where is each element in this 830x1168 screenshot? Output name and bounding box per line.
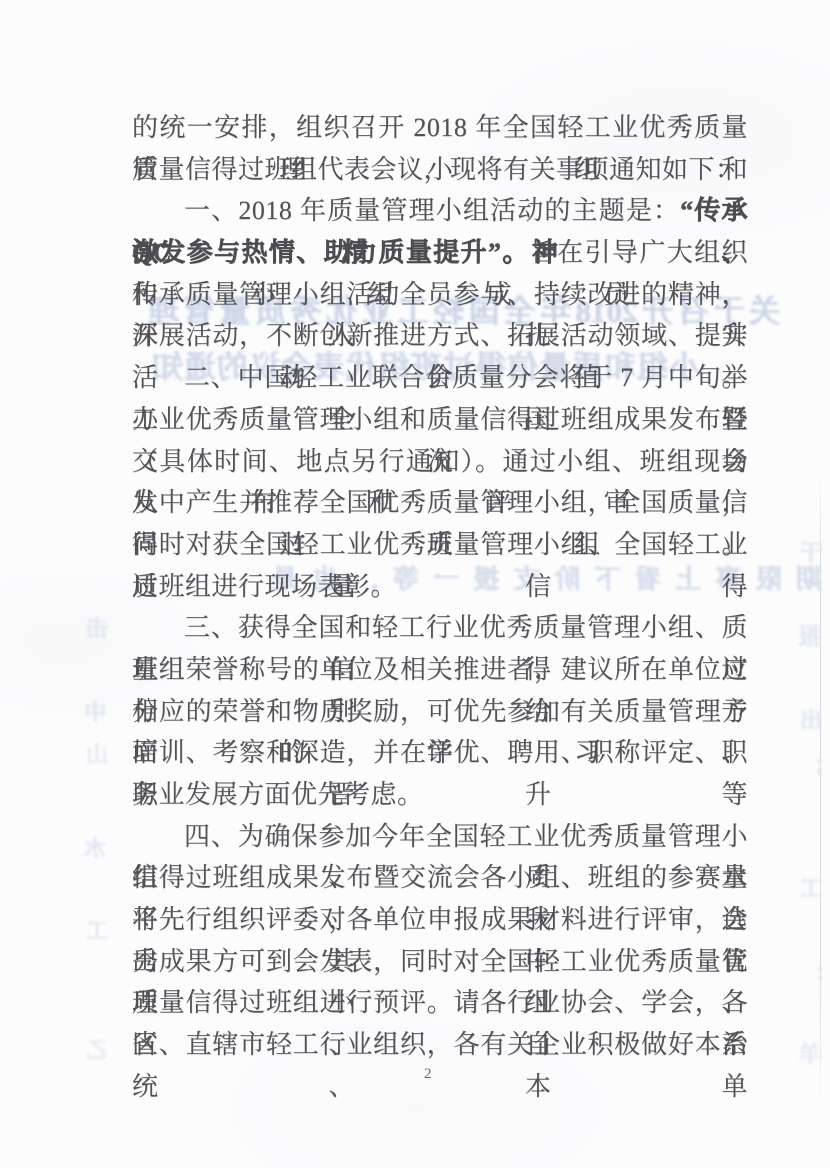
line-segment: 激发参与热情、助力质量提升”。 bbox=[132, 238, 530, 267]
document-line: 质量信得过班组进行预评。请各行业协会、学会，各省、自治 bbox=[132, 982, 748, 1024]
bleedthrough-text: 山 bbox=[86, 742, 108, 768]
line-segment: 一、2018 年质量管理小组活动的主题是： bbox=[184, 196, 680, 225]
bleedthrough-text: 水 bbox=[84, 836, 106, 862]
document-text: 的统一安排，组织召开 2018 年全国轻工业优秀质量管理小组和质量信得过班组代表… bbox=[132, 107, 748, 1066]
bleedthrough-text: 工 bbox=[86, 918, 108, 944]
document-line: 质量信得过班组代表会议，现将有关事项通知如下： bbox=[132, 149, 748, 191]
bleedthrough-text: 乙 bbox=[86, 1038, 108, 1064]
document-line: 工业优秀质量管理小组和质量信得过班组成果发布暨交流会 bbox=[132, 399, 748, 441]
bleedthrough-text: 羊 bbox=[799, 1042, 821, 1068]
line-segment: 职业发展方面优先考虑。 bbox=[132, 780, 424, 809]
document-line: 四、为确保参加今年全国轻工业优秀质量管理小组、质量 bbox=[132, 816, 748, 858]
document-line: 信得过班组成果发布暨交流会各小组、班组的参赛水平，我会 bbox=[132, 857, 748, 899]
bleedthrough-text: ： bbox=[803, 960, 825, 986]
document-line: 区、直辖市轻工行业组织，各有关企业积极做好本系统、本单 bbox=[132, 1024, 748, 1066]
bleedthrough-text: 击 bbox=[86, 616, 108, 642]
bleedthrough-text: 出 bbox=[800, 708, 822, 734]
line-segment: 区、直辖市轻工行业组织，各有关企业积极做好本系统、本单 bbox=[132, 1030, 748, 1101]
document-line: 开展活动，不断创新推进方式、拓展活动领域、提升活动价值。 bbox=[132, 315, 748, 357]
document-line: 将先行组织评委对各单位申报成果材料进行评审，选出其中优 bbox=[132, 899, 748, 941]
scanned-document-page: 关于召开2018年全国轻工业优秀质量管理小组和质量信得过班组代表会议的通知期限事… bbox=[0, 0, 830, 1168]
fold-line bbox=[820, 470, 821, 1110]
document-lines: 的统一安排，组织召开 2018 年全国轻工业优秀质量管理小组和质量信得过班组代表… bbox=[132, 107, 748, 1066]
document-line: 培训、考察和深造，并在评优、聘用、职称评定、职务晋升等 bbox=[132, 732, 748, 774]
document-line: 一、2018 年质量管理小组活动的主题是：“传承 QC 精神、 bbox=[132, 190, 748, 232]
bleedthrough-text: 中 bbox=[84, 700, 106, 726]
document-line: 三、获得全国和轻工行业优秀质量管理小组、质量信得过 bbox=[132, 607, 748, 649]
line-segment: 过班组进行现场表彰。 bbox=[132, 572, 397, 601]
document-line: 二、中国轻工业联合会质量分会将于 7 月中旬举办全国轻 bbox=[132, 357, 748, 399]
bleedthrough-text: 工 bbox=[800, 876, 822, 902]
page-number: 2 bbox=[424, 1066, 433, 1083]
document-line: 同时对获全国轻工业优秀质量管理小组、全国轻工业质量信得 bbox=[132, 524, 748, 566]
document-line: （具体时间、地点另行通知）。通过小组、班组现场发布和评审， bbox=[132, 441, 748, 483]
document-line: 的统一安排，组织召开 2018 年全国轻工业优秀质量管理小组和 bbox=[132, 107, 748, 149]
document-line: 激发参与热情、助力质量提升”。旨在引导广大组织和小组成员， bbox=[132, 232, 748, 274]
document-line: 从中产生并推荐全国优秀质量管理小组，全国质量信得过班组。 bbox=[132, 482, 748, 524]
document-line: 秀成果方可到会发表，同时对全国轻工业优秀质量管理小组、 bbox=[132, 941, 748, 983]
line-segment: 质量信得过班组代表会议，现将有关事项通知如下： bbox=[132, 155, 742, 184]
document-line: 相应的荣誉和物质奖励，可优先参加有关质量管理方面的学习、 bbox=[132, 691, 748, 733]
document-line: 班组荣誉称号的单位及相关推进者，建议所在单位应分别给予 bbox=[132, 649, 748, 691]
bleedthrough-text: 干 bbox=[800, 540, 822, 566]
bleedthrough-text: 报 bbox=[798, 624, 820, 650]
document-line: 传承质量管理小组活动全员参与、持续改进的精神，深入扎实 bbox=[132, 274, 748, 316]
